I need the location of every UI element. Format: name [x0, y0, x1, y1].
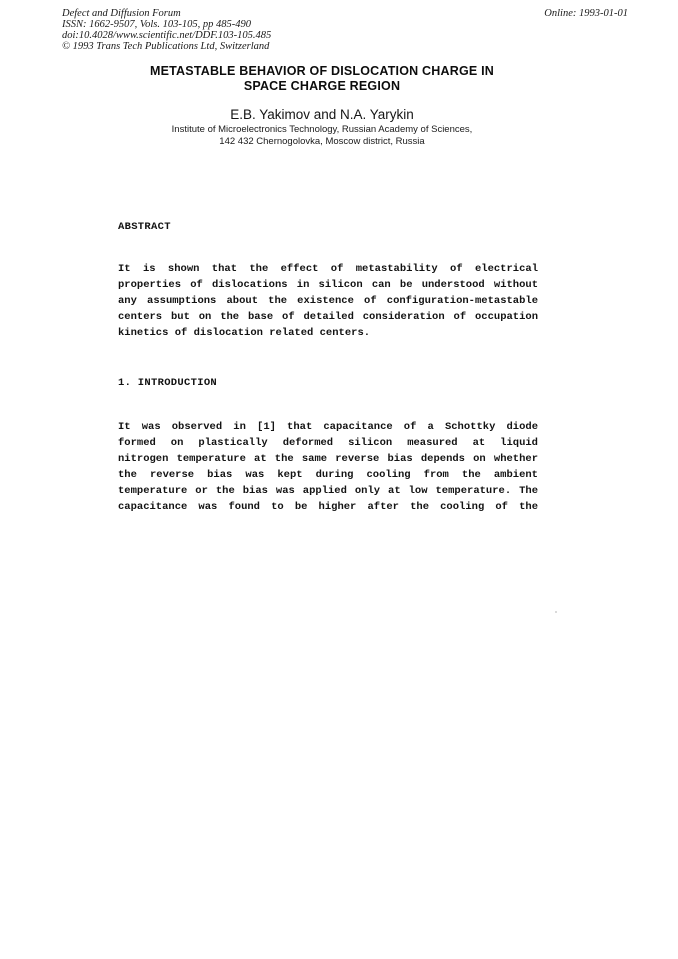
text-line: centers but on the base of detailed cons…: [118, 309, 538, 325]
text-line: any assumptions about the existence of c…: [118, 293, 538, 309]
doi-line: doi:10.4028/www.scientific.net/DDF.103-1…: [62, 30, 271, 41]
paper-page: Defect and Diffusion Forum ISSN: 1662-95…: [0, 0, 678, 959]
issn-volume-pages: ISSN: 1662-9507, Vols. 103-105, pp 485-4…: [62, 19, 271, 30]
text-line: formed on plastically deformed silicon m…: [118, 435, 538, 451]
scan-artifact-dot: [555, 611, 557, 613]
paper-title-line-2: SPACE CHARGE REGION: [112, 79, 532, 94]
paper-header: Defect and Diffusion Forum ISSN: 1662-95…: [62, 8, 628, 52]
journal-name: Defect and Diffusion Forum: [62, 8, 271, 19]
online-date: Online: 1993-01-01: [544, 8, 628, 19]
paper-title: METASTABLE BEHAVIOR OF DISLOCATION CHARG…: [112, 64, 532, 94]
text-line: capacitance was found to be higher after…: [118, 499, 538, 515]
affiliation-line-2: 142 432 Chernogolovka, Moscow district, …: [112, 136, 532, 148]
title-block: METASTABLE BEHAVIOR OF DISLOCATION CHARG…: [112, 64, 532, 147]
abstract-paragraph: It is shown that the effect of metastabi…: [118, 261, 538, 341]
abstract-heading: ABSTRACT: [118, 220, 171, 234]
text-line: temperature or the bias was applied only…: [118, 483, 538, 499]
introduction-paragraph: It was observed in [1] that capacitance …: [118, 419, 538, 515]
text-line: the reverse bias was kept during cooling…: [118, 467, 538, 483]
copyright-line: © 1993 Trans Tech Publications Ltd, Swit…: [62, 41, 271, 52]
text-line: It was observed in [1] that capacitance …: [118, 419, 538, 435]
text-line: kinetics of dislocation related centers.: [118, 325, 538, 341]
text-line: nitrogen temperature at the same reverse…: [118, 451, 538, 467]
affiliation-line-1: Institute of Microelectronics Technology…: [112, 124, 532, 136]
authors: E.B. Yakimov and N.A. Yarykin: [112, 107, 532, 123]
journal-meta-block: Defect and Diffusion Forum ISSN: 1662-95…: [62, 8, 271, 52]
paper-title-line-1: METASTABLE BEHAVIOR OF DISLOCATION CHARG…: [112, 64, 532, 79]
text-line: properties of dislocations in silicon ca…: [118, 277, 538, 293]
introduction-heading: 1. INTRODUCTION: [118, 376, 217, 390]
affiliation: Institute of Microelectronics Technology…: [112, 124, 532, 147]
text-line: It is shown that the effect of metastabi…: [118, 261, 538, 277]
